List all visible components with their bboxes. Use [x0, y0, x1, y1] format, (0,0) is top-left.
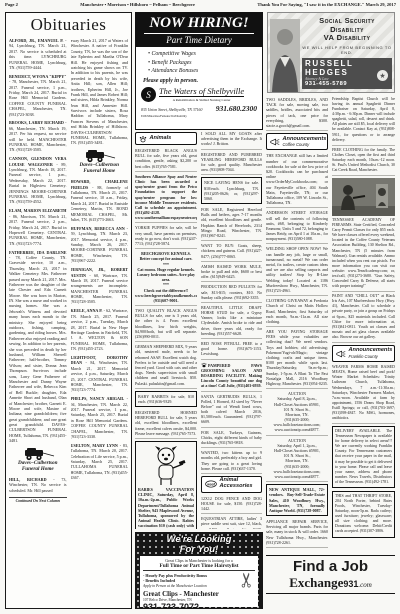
- disability-attorney-ad: Social Security Disability VA Disability…: [267, 12, 395, 93]
- cartoon-dog-icon: [146, 444, 186, 486]
- classified-item: REGISTERED BLACK ANGUS BULL for sale, fi…: [135, 148, 197, 172]
- classified-item: REGISTERED HORNED HEREFORD BULL for sale…: [135, 410, 197, 439]
- find-a-job-promo: Find a Job Exchange931.com: [266, 553, 395, 609]
- funeral-home-logo: Daves~Culbertson Funeral Home: [9, 447, 67, 473]
- find-a-job-text: Find a Job: [266, 558, 395, 575]
- classified-item: ARE YOU PAYING STORAGE FEES while your v…: [266, 329, 328, 389]
- svg-text:woof: woof: [206, 483, 216, 487]
- scissors-icon: ✂: [238, 572, 258, 589]
- classified-item: NICE LAYING HENS for sale. $10/each. Lyn…: [201, 177, 262, 204]
- rule-bottom: [266, 593, 395, 594]
- obituary-entry: BROOKS, LARRY RICHARD - 66, Manchester, …: [9, 120, 67, 152]
- obituary-entry: LIGHTFOOT, DOROTHY DEAN - 84, Winchester…: [71, 355, 129, 393]
- masthead: Page 2 Manchester • Morrison • Hillsboro…: [5, 2, 396, 7]
- classified-item: THIS and THAT THRIFT STORE, 204 North Po…: [332, 491, 395, 538]
- funeral-home-name: Daves~Culbertson Funeral Home: [9, 461, 67, 473]
- classified-item: WANT TO BUY: Goats, sheep, chickens and …: [201, 243, 262, 262]
- paw-icon: [201, 362, 207, 368]
- classified-item: Southern Alliance Spay and Neuter Clinic…: [135, 174, 197, 224]
- hiring-subtitle: Part Time Dietary: [144, 33, 254, 45]
- attorney-photo: [270, 19, 300, 92]
- classified-item: TWO SADDLES, BRIDLES, AND TACK for sale,…: [266, 97, 328, 131]
- classified-item: WANTED, two kittens up to 9 months old, …: [201, 450, 262, 474]
- obituary-entry: ELAM, MARION ELIZABETH - 86, Morrison, T…: [9, 208, 67, 246]
- waters-tagline: A Rehabilitation & Skilled Nursing Cente…: [159, 98, 244, 102]
- continued-note: Continued On Next Column: [9, 497, 67, 503]
- funeral-home-name: Daves~Culbertson Funeral Home: [71, 163, 129, 175]
- obituaries-title: Obituaries: [9, 15, 128, 35]
- obituary-entry: FATHERREE, IDA DARLENE - 78, Coffee Coun…: [9, 250, 67, 444]
- classified-item: RED NOSE PITBULL FREE to a good home. (9…: [201, 341, 262, 360]
- announcements-franklin-badge: Announcements Franklin County: [332, 345, 395, 362]
- obituary-entry: ALFORD, JR., EMANUEL P. - 94, Lynchburg,…: [9, 38, 67, 70]
- great-clips-position: Full Time or Part Time Hairstylist: [143, 563, 255, 571]
- attorney-name-band: RUSSELL HEDGES Attorney At Law 931-455-5…: [302, 58, 392, 89]
- classified-item: FOR SALE, Registered Hereford Bulls and …: [201, 207, 262, 241]
- hiring-apply-note: Please apply in person.: [143, 78, 262, 84]
- waters-phone: 931.680.2300: [216, 104, 257, 113]
- announcements-coffee-label: Announcements Coffee County: [283, 136, 327, 148]
- animals-section-badge: Animals: [135, 132, 197, 145]
- disability-line3: VA Disability: [302, 34, 392, 43]
- obituary-entry: USELTON, MARY LYNN - 83, Tullahoma, TN. …: [71, 443, 129, 481]
- obituaries-section: Obituaries ALFORD, JR., EMANUEL P. - 94,…: [5, 12, 132, 609]
- classified-item: GERMAN SHEPHERD MIX, 9 years old, neuter…: [135, 344, 197, 389]
- classified-item: SANTA GERTRUDIS BULLS, 1 Polled, 1 Horne…: [201, 394, 262, 428]
- antique-hearse-icon: [82, 149, 116, 163]
- classified-item: Friendship Baptist Church will be having…: [332, 97, 395, 146]
- classified-item-auction: AUCTION Saturday, April 1, 2p.m., Hall-C…: [266, 438, 328, 483]
- obituary-entry: CANNON, GLENDON VERA LOUISE WAGGONER - 8…: [9, 156, 67, 205]
- classified-item: TENNESSEE ACADEMY OF FIREARMS. State Cer…: [332, 218, 395, 292]
- obituary-continuation: away March 21, 2017 at Waters of Winches…: [71, 38, 129, 146]
- megaphone-icon: [336, 350, 346, 358]
- classified-item: BEAUTIFUL LITTLE DRAFT HORSE STUD for sa…: [201, 305, 262, 339]
- announcements-franklin-label: Announcements Franklin County: [349, 347, 393, 359]
- shooter-target-icon: [332, 178, 395, 216]
- great-clips-headline: We're Looking For You!: [140, 535, 258, 554]
- masthead-cities: Manchester • Morrison • Hillsboro ~ Pelh…: [80, 2, 195, 7]
- classified-item: 12X12 DOG FENCE AND DOG HOUSE for sale, …: [201, 496, 262, 515]
- animals-section-label: Animals: [150, 136, 172, 142]
- classified-item: AMISH RAISED WORK MULE, broke to pull an…: [201, 264, 262, 283]
- rule-top: [266, 555, 395, 556]
- classified-item: I SOLD ALL MY GOATS after advertising th…: [201, 131, 262, 150]
- hiring-title: NOW HIRING!: [138, 16, 260, 31]
- page-number: Page 2: [5, 2, 18, 7]
- classified-column-announcements-2: Friendship Baptist Church will be having…: [332, 97, 395, 549]
- attorney-phone: 931-455-5789: [305, 81, 389, 87]
- classified-item: REGISTERED AND PUREBRED YEARLING HEREFOR…: [201, 152, 262, 176]
- classified-item: YORKIE PUPPIES for sale, will be very sm…: [135, 225, 197, 249]
- classified-item: FOR SALE, Turkeys, Guineas, Chicks, eigh…: [201, 430, 262, 449]
- classified-item: NEW ANTIQUE MALL, 72+ vendors. Buy-Sell-…: [266, 484, 328, 516]
- obituaries-column-2: away March 21, 2017 at Waters of Winches…: [71, 38, 129, 609]
- waters-brand: The Waters of Shelbyville: [159, 87, 244, 97]
- classified-item: DELIVERY AVAILABLE. The Tennessean Newsp…: [332, 426, 395, 488]
- woof-bowl-icon: woof: [205, 480, 217, 488]
- megaphone-icon: [270, 138, 280, 146]
- waters-address: 835 Union Street, Shelbyville, TN 37160: [141, 108, 202, 112]
- classified-item: WEAVER FARMS HOME RAISED MEATS, Home rai…: [332, 365, 395, 424]
- classified-item: WELDING SHOP OPEN NOW! We can handle any…: [266, 246, 328, 296]
- antique-hearse-icon: [21, 447, 55, 461]
- classified-column-animals-1: Animals REGISTERED BLACK ANGUS BULL for …: [135, 131, 197, 529]
- animal-accessories-label: Animal Accessories: [220, 478, 253, 490]
- animal-accessories-badge: woof Animal Accessories: [201, 476, 262, 493]
- masthead-slogan-date: Thank You For Saying, "I saw it in the E…: [257, 2, 396, 7]
- obituary-entry: KEELE, ANNA P. - 62, Wartrace, TN. March…: [71, 308, 129, 351]
- great-clips-phone: 931-723-7072: [143, 602, 255, 609]
- classified-item: PAINT AND "CHILL OUT" at Black Iris Arts…: [332, 294, 395, 343]
- paw-icon: [139, 135, 147, 143]
- classified-item: BEECHGROVE KENNELS. Better concept for a…: [135, 251, 197, 306]
- disability-help-text: We will help from beginning to end.: [302, 45, 392, 55]
- great-clips-location-name: Great Clips - Manchester: [143, 590, 255, 598]
- funeral-home-logo: Daves~Culbertson Funeral Home: [71, 149, 129, 175]
- classified-item-pampered-paws: PAMPERED PAWS GROOMING SALON AND BOARDIN…: [201, 362, 262, 392]
- obituary-entry: HUFFMAN, REBECCA ANN - 59, Lynchburg, TN…: [71, 226, 129, 264]
- hiring-bullets: • Competitive Wages • Benefit Packages •…: [148, 50, 262, 76]
- classified-item: EQUESTRIAN ATTIRE, ladies' 3 piece saddl…: [201, 516, 262, 529]
- classified-item: FREE CLOTHING for the family. The Clothe…: [332, 148, 395, 176]
- waters-logo-icon: S: [141, 87, 156, 102]
- obituaries-column-1: ALFORD, JR., EMANUEL P. - 94, Lynchburg,…: [9, 38, 67, 609]
- rabies-clinic-text: RABIES VACCINATION CLINIC, Saturday, Apr…: [138, 487, 194, 529]
- obituary-entry: HOWARD, CHARLENE FRIELDS - 88, formerly …: [71, 179, 129, 222]
- obituary-entry: JERNIGAN, JR., ROBERT AUSTIN - 60, Wartr…: [71, 267, 129, 305]
- eoe-note: EOE/Minorities/Females/Vet/Disability: [141, 114, 257, 118]
- great-clips-ad: We're Looking For You! Great Clips in Ma…: [135, 532, 263, 609]
- classified-item: CLOTHING GIVEAWAY at Fredonia Church of …: [266, 298, 328, 327]
- attorney-seal-icon: ★: [377, 70, 388, 81]
- classified-item: TWO QUALITY BLACK ANGUS BULLS for sale, …: [135, 308, 197, 342]
- now-hiring-ad: NOW HIRING! Part Time Dietary • Competit…: [135, 12, 263, 130]
- classified-item: BABY RABBITS for sale, $10 each. (931)63…: [135, 391, 197, 407]
- obituary-entry: PHELPS, NANCY ABIGAIL - 94, Manchester, …: [71, 396, 129, 439]
- classified-column-animals-2: I SOLD ALL MY GOATS after advertising th…: [201, 131, 262, 529]
- classified-item: APPLIANCE REPAIR SERVICE, Servicing all …: [266, 519, 328, 548]
- obituary-entry: BENEDICT, WYONA "KIPPY" - 78, Manchester…: [9, 74, 67, 117]
- classified-item: THE EXCHANGE still has a limited number …: [266, 153, 328, 208]
- man-portrait-icon: [270, 19, 300, 92]
- classified-item-auction: AUCTION Saturday, April 8, 2p.m., Hall-C…: [266, 391, 328, 436]
- rabies-clinic-ad: RABIES VACCINATION CLINIC, Saturday, Apr…: [135, 441, 197, 529]
- announcements-coffee-badge: Announcements Coffee County: [266, 133, 328, 150]
- obituary-entry: HILL, RICHARD - 73, Winchester, TN. No s…: [9, 477, 67, 493]
- exchange931-logo: Exchange931.com: [266, 575, 395, 591]
- classified-item: PRODUCTION RED PULLETS for sale, $13-$15…: [201, 284, 262, 303]
- classified-column-announcements-1: TWO SADDLES, BRIDLES, AND TACK for sale,…: [266, 97, 328, 549]
- newspaper-page: Page 2 Manchester • Morrison • Hillsboro…: [0, 0, 400, 614]
- firearms-range-photo: [332, 178, 395, 216]
- classified-item: ANDERSON STREET STORAGE will sell the co…: [266, 210, 328, 244]
